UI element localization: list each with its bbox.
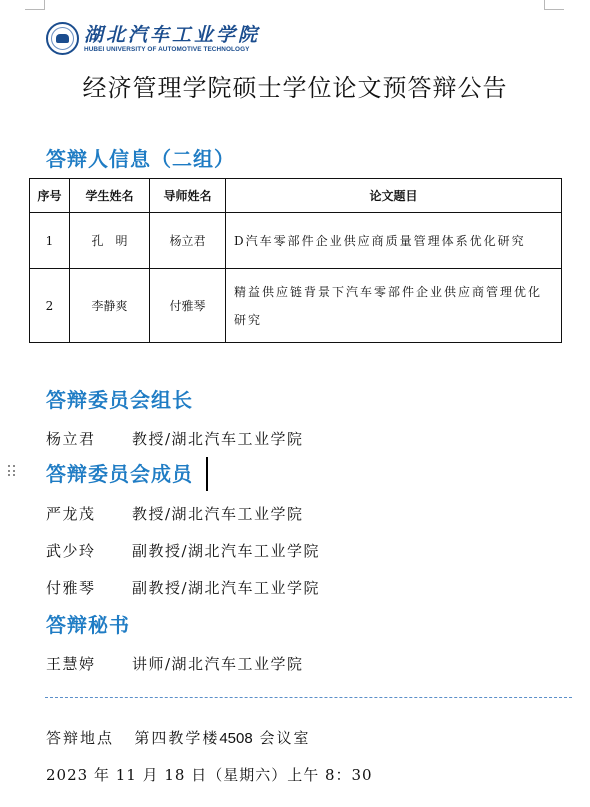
person-name: 严龙茂 [46, 503, 132, 524]
cell-no: 1 [30, 213, 70, 269]
venue-room-number: 4508 [219, 730, 252, 747]
person-title: 副教授/湖北汽车工业学院 [132, 579, 320, 597]
committee-member-entry: 武少玲副教授/湖北汽车工业学院 [46, 540, 320, 561]
venue-label: 答辩地点 [46, 729, 114, 747]
secretary-entry: 王慧婷讲师/湖北汽车工业学院 [46, 653, 304, 674]
text-cursor [206, 457, 208, 491]
table-row: 2 李静爽 付雅琴 精益供应链背景下汽车零部件企业供应商管理优化研究 [30, 269, 562, 343]
cell-advisor: 付雅琴 [150, 269, 226, 343]
person-name: 付雅琴 [46, 577, 132, 598]
person-name: 武少玲 [46, 540, 132, 561]
person-title: 教授/湖北汽车工业学院 [132, 505, 304, 523]
person-name: 杨立君 [46, 428, 132, 449]
cell-student: 孔 明 [70, 213, 150, 269]
person-title: 讲师/湖北汽车工业学院 [132, 655, 304, 673]
logo-name-en: HUBEI UNIVERSITY OF AUTOMOTIVE TECHNOLOG… [84, 46, 260, 54]
column-header-thesis: 论文题目 [226, 179, 562, 213]
person-title: 副教授/湖北汽车工业学院 [132, 542, 320, 560]
person-title: 教授/湖北汽车工业学院 [132, 430, 304, 448]
defense-datetime: 2023 年 11 月 18 日（星期六）上午 8：30 [46, 764, 373, 785]
table-header-row: 序号 学生姓名 导师姓名 论文题目 [30, 179, 562, 213]
committee-member-entry: 严龙茂教授/湖北汽车工业学院 [46, 503, 304, 524]
venue-line: 答辩地点 第四教学楼4508 会议室 [46, 727, 311, 748]
column-header-student: 学生姓名 [70, 179, 150, 213]
venue-place-prefix: 第四教学楼 [134, 729, 219, 747]
cell-student: 李静爽 [70, 269, 150, 343]
committee-members-heading[interactable]: 答辩委员会成员 [46, 458, 193, 487]
logo-name-cn: 湖北汽车工业学院 [84, 24, 260, 46]
table-row: 1 孔 明 杨立君 D汽车零部件企业供应商质量管理体系优化研究 [30, 213, 562, 269]
page-corner-mark-right [544, 0, 564, 10]
drag-handle-icon[interactable] [8, 465, 16, 477]
venue-place-suffix: 会议室 [260, 729, 311, 747]
column-header-no: 序号 [30, 179, 70, 213]
dashed-divider [45, 697, 572, 698]
committee-chair-heading: 答辩委员会组长 [46, 384, 193, 413]
cell-thesis: 精益供应链背景下汽车零部件企业供应商管理优化研究 [226, 269, 562, 343]
person-name: 王慧婷 [46, 653, 132, 674]
page-corner-mark-left [25, 0, 45, 10]
university-seal-icon [46, 22, 79, 55]
column-header-advisor: 导师姓名 [150, 179, 226, 213]
committee-chair-entry: 杨立君教授/湖北汽车工业学院 [46, 428, 304, 449]
cell-no: 2 [30, 269, 70, 343]
secretary-heading: 答辩秘书 [46, 609, 130, 638]
defense-info-heading: 答辩人信息（二组） [46, 143, 235, 172]
cell-thesis: D汽车零部件企业供应商质量管理体系优化研究 [226, 213, 562, 269]
university-logo: 湖北汽车工业学院 HUBEI UNIVERSITY OF AUTOMOTIVE … [46, 22, 260, 55]
document-title: 经济管理学院硕士学位论文预答辩公告 [0, 68, 590, 103]
defense-info-table: 序号 学生姓名 导师姓名 论文题目 1 孔 明 杨立君 D汽车零部件企业供应商质… [29, 178, 562, 343]
committee-member-entry: 付雅琴副教授/湖北汽车工业学院 [46, 577, 320, 598]
cell-advisor: 杨立君 [150, 213, 226, 269]
